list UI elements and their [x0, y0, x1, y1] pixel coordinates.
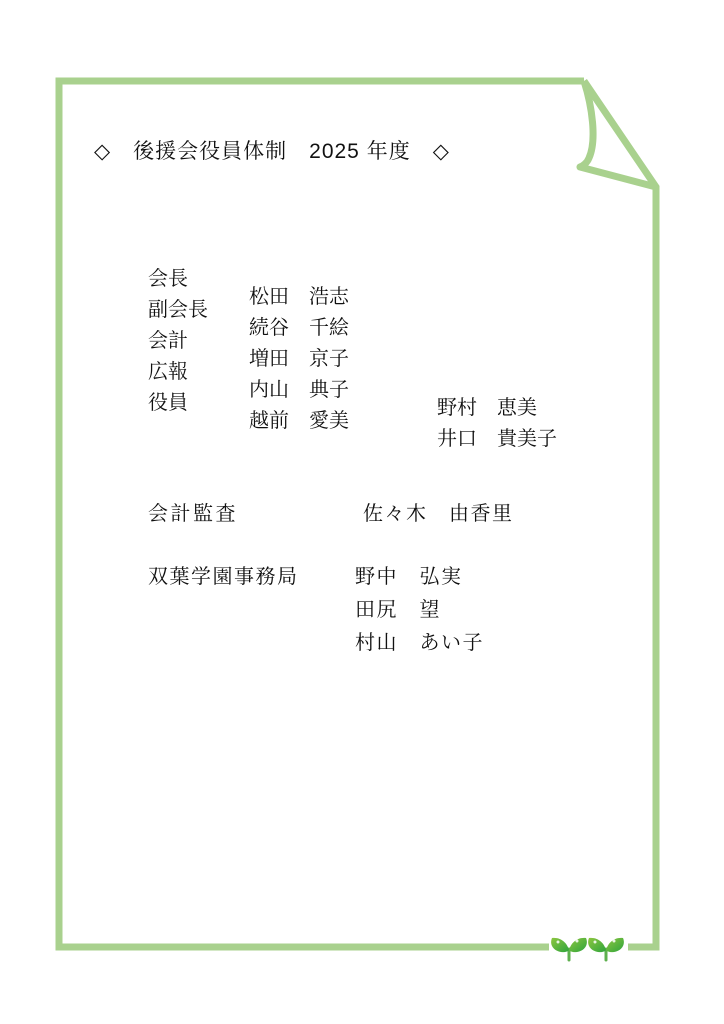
table-row: 役員 越前 愛美 井口 貴美子: [148, 375, 175, 396]
table-row: 会計 増田 京子: [148, 313, 175, 334]
role-label: 役員: [148, 393, 188, 414]
member-name: 続谷 千絵: [249, 318, 349, 339]
sprout-icon: [551, 938, 587, 960]
member-name: 野村 恵美: [437, 398, 537, 419]
member-name: 増田 京子: [249, 349, 349, 370]
member-name: 越前 愛美: [249, 411, 349, 432]
table-row: 副会長 続谷 千絵: [148, 282, 175, 303]
member-name: 松田 浩志: [249, 287, 349, 308]
member-name: 井口 貴美子: [437, 429, 557, 450]
table-row: 会長 松田 浩志: [148, 251, 175, 272]
office-member-name: 野中 弘実: [355, 567, 463, 588]
office-member-name: 田尻 望: [355, 600, 441, 621]
page-title: ◇ 後援会役員体制 2025 年度 ◇: [94, 140, 450, 163]
member-name: 内山 典子: [249, 380, 349, 401]
office-label: 双葉学園事務局: [148, 567, 299, 588]
audit-member-name: 佐々木 由香里: [363, 504, 514, 525]
table-row: 広報 内山 典子 野村 恵美: [148, 344, 175, 365]
office-member-name: 村山 あい子: [355, 633, 484, 654]
sprout-icon: [588, 938, 624, 960]
audit-role-label: 会計監査: [148, 504, 238, 525]
document-page: ◇ 後援会役員体制 2025 年度 ◇ 会長 松田 浩志 副会長 続谷 千絵 会…: [0, 0, 724, 1024]
